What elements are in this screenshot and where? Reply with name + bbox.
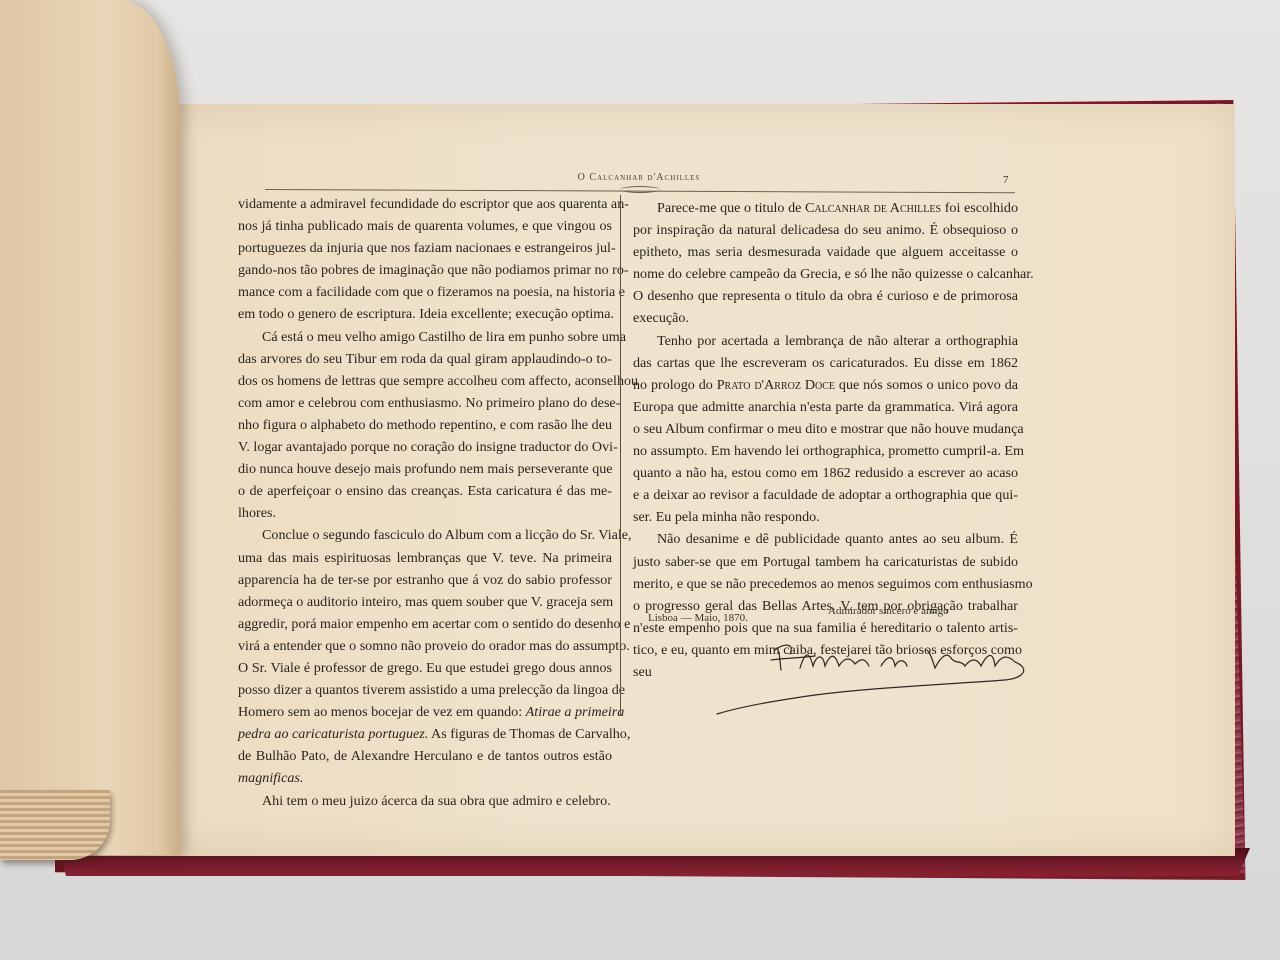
text-line: das arvores do seu Tibur em roda da qual… bbox=[238, 348, 612, 370]
text-line: merito, e que se não precedemos ao menos… bbox=[633, 573, 1018, 595]
page-number: 7 bbox=[1003, 174, 1009, 186]
paragraph-2: Tenho por acertada a lembrança de não al… bbox=[633, 330, 1018, 529]
text-line: O desenho que representa o titulo da obr… bbox=[633, 285, 1018, 307]
running-head: O Calcanhar d'Achilles bbox=[265, 172, 1013, 183]
right-text-column: Parece-me que o titulo de Calcanhar de A… bbox=[633, 197, 1018, 683]
text-run: Homero sem ao menos bocejar de vez em qu… bbox=[238, 704, 522, 720]
text-line: nos já tinha publicado mais de quarenta … bbox=[238, 215, 612, 237]
text-line: execução. bbox=[633, 307, 1018, 329]
paragraph-2: Cá está o meu velho amigo Castilho de li… bbox=[238, 326, 612, 525]
text-line: nho figura o alphabeto do methodo repent… bbox=[238, 414, 612, 436]
text-run: que nós somos o unico povo da bbox=[839, 377, 1018, 393]
left-page-curled bbox=[0, 0, 180, 855]
text-line: e a deixar ao revisor a faculdade de ado… bbox=[633, 484, 1018, 506]
paragraph-1: vidamente a admiravel fecundidade do esc… bbox=[238, 193, 612, 326]
text-line: Tenho por acertada a lembrança de não al… bbox=[633, 330, 1018, 352]
page-stack-edge bbox=[0, 790, 110, 860]
italic-quote: Atirae a primeira bbox=[526, 704, 625, 720]
text-line: das cartas que lhe escreveram os caricat… bbox=[633, 352, 1018, 374]
place-and-date: Lisboa — Maio, 1870. bbox=[648, 612, 748, 624]
closing-salutation: Admirador sincero e amigo bbox=[828, 605, 949, 617]
text-line: O Sr. Viale é professor de grego. Eu que… bbox=[238, 657, 612, 679]
text-line: o de aperfeiçoar o ensino das creanças. … bbox=[238, 480, 612, 502]
text-line: portuguezes da injuria que nos faziam na… bbox=[238, 237, 612, 259]
text-line: lhores. bbox=[238, 502, 612, 524]
text-line: Ahi tem o meu juizo ácerca da sua obra q… bbox=[238, 790, 612, 812]
paragraph-3: Conclue o segundo fasciculo do Album com… bbox=[238, 524, 612, 789]
text-line: Parece-me que o titulo de Calcanhar de A… bbox=[633, 197, 1018, 219]
text-line: nome do celebre campeão da Grecia, e só … bbox=[633, 263, 1018, 285]
text-line: de Bulhão Pato, de Alexandre Herculano e… bbox=[238, 745, 612, 767]
text-line: vidamente a admiravel fecundidade do esc… bbox=[238, 193, 612, 215]
text-line: virá a entender que o somno não proveio … bbox=[238, 635, 612, 657]
text-line: Cá está o meu velho amigo Castilho de li… bbox=[238, 326, 612, 348]
text-line: justo saber-se que em Portugal tambem ha… bbox=[633, 551, 1018, 573]
text-line: com amor e celebrou com enthusiasmo. No … bbox=[238, 392, 612, 414]
header-ornament bbox=[620, 186, 660, 193]
text-line: Europa que admitte anarchia n'esta parte… bbox=[633, 396, 1018, 418]
text-line: apparencia ha de ter-se por estranho que… bbox=[238, 569, 612, 591]
text-line: pedra ao caricaturista portuguez. As fig… bbox=[238, 723, 612, 745]
text-line: Homero sem ao menos bocejar de vez em qu… bbox=[238, 701, 612, 723]
text-line: dos os homens de lettras que sempre acco… bbox=[238, 370, 612, 392]
text-line: Não desanime e dê publicidade quanto ant… bbox=[633, 528, 1018, 550]
left-text-column: vidamente a admiravel fecundidade do esc… bbox=[238, 193, 612, 812]
text-line: quanto a não ha, estou como em 1862 redu… bbox=[633, 462, 1018, 484]
text-line: gando-nos tão pobres de imaginação que n… bbox=[238, 259, 612, 281]
text-run: no prologo do bbox=[633, 377, 713, 393]
text-line: adormeça o auditorio inteiro, mas quem s… bbox=[238, 591, 612, 613]
text-line: epitheto, mas seria desmesurada vaidade … bbox=[633, 241, 1018, 263]
text-run: As figuras de Thomas de Carvalho, bbox=[431, 726, 630, 742]
text-run: Parece-me que o titulo de bbox=[657, 200, 801, 216]
text-line: magnificas. bbox=[238, 767, 612, 789]
text-line: no prologo do Prato d'Arroz Doce que nós… bbox=[633, 374, 1018, 396]
text-line: posso dizer a quantos tiverem assistido … bbox=[238, 679, 612, 701]
paragraph-1: Parece-me que o titulo de Calcanhar de A… bbox=[633, 197, 1018, 330]
signature-icon bbox=[705, 632, 1035, 722]
text-line: Conclue o segundo fasciculo do Album com… bbox=[238, 524, 612, 546]
text-line: por inspiração da natural delicadesa do … bbox=[633, 219, 1018, 241]
text-line: o seu Album confirmar o meu dito e mostr… bbox=[633, 418, 1018, 440]
text-line: uma das mais espirituosas lembranças que… bbox=[238, 547, 612, 569]
text-line: dio nunca houve desejo mais profundo nem… bbox=[238, 458, 612, 480]
book-photo: O Calcanhar d'Achilles 7 vidamente a adm… bbox=[0, 0, 1280, 960]
book-title: Calcanhar de Achilles bbox=[805, 200, 941, 216]
running-head-title: O Calcanhar d'Achilles bbox=[578, 172, 701, 183]
column-divider bbox=[620, 195, 621, 715]
text-line: aggredir, porá maior empenho em acertar … bbox=[238, 613, 612, 635]
text-run: foi escolhido bbox=[945, 200, 1018, 216]
text-line: em todo o genero de escriptura. Ideia ex… bbox=[238, 303, 612, 325]
text-line: ser. Eu pela minha não respondo. bbox=[633, 506, 1018, 528]
paragraph-4: Ahi tem o meu juizo ácerca da sua obra q… bbox=[238, 790, 612, 812]
text-line: mance com a facilidade com que o fizeram… bbox=[238, 281, 612, 303]
text-line: no assumpto. Em havendo lei orthographic… bbox=[633, 440, 1018, 462]
italic-quote: pedra ao caricaturista portuguez. bbox=[238, 726, 428, 742]
book-title: Prato d'Arroz Doce bbox=[717, 377, 835, 393]
text-line: V. logar avantajado porque no coração do… bbox=[238, 436, 612, 458]
